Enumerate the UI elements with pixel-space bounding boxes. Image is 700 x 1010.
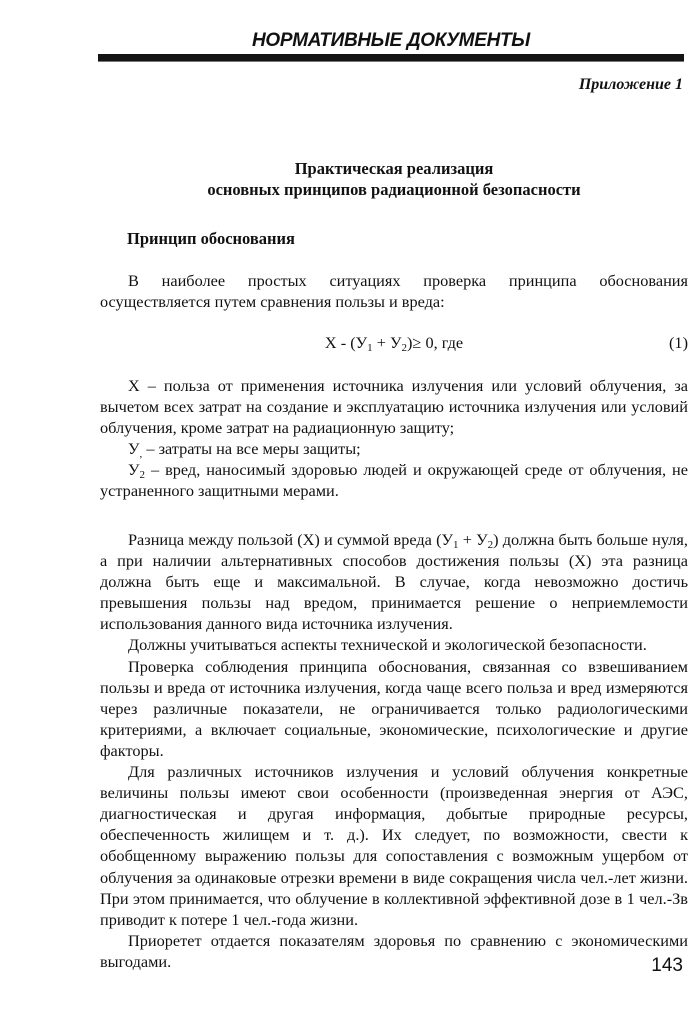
formula-part: )≥ 0, где <box>407 333 463 352</box>
page-number: 143 <box>651 955 683 977</box>
definition-text: – вред, наносимый здоровью людей и окруж… <box>100 460 688 500</box>
symbol: У <box>128 439 140 458</box>
paragraph-difference: Разница между пользой (Х) и суммой вреда… <box>100 529 688 634</box>
definition-y1: У, – затраты на все меры защиты; <box>100 438 688 459</box>
text-part: Разница между пользой (Х) и суммой вреда… <box>128 530 453 549</box>
intro-paragraph: В наиболее простых ситуациях проверка пр… <box>100 270 688 312</box>
paragraph-aspects: Должны учитываться аспекты технической и… <box>100 634 688 655</box>
appendix-label: Приложение 1 <box>579 76 683 94</box>
definition-x: Х – польза от применения источника излуч… <box>100 375 688 438</box>
paragraph-sources: Для различных источников излучения и усл… <box>100 761 688 930</box>
paragraph-verification: Проверка соблюдения принципа обоснования… <box>100 656 688 761</box>
intro-block: В наиболее простых ситуациях проверка пр… <box>100 270 688 312</box>
definition-text: – затраты на все меры защиты; <box>142 439 360 458</box>
formula: Х - (У1 + У2)≥ 0, где <box>100 333 688 353</box>
definition-y2: У2 – вред, наносимый здоровью людей и ок… <box>100 459 688 501</box>
text-part: + У <box>459 530 488 549</box>
main-text-block: Разница между пользой (Х) и суммой вреда… <box>100 529 688 972</box>
definitions-block: Х – польза от применения источника излуч… <box>100 375 688 502</box>
symbol: У <box>128 460 140 479</box>
document-title: Практическая реализация основных принцип… <box>100 158 688 200</box>
formula-row: Х - (У1 + У2)≥ 0, где (1) <box>100 333 688 355</box>
title-line-1: Практическая реализация <box>100 158 688 179</box>
section-heading: Принцип обоснования <box>127 229 295 249</box>
formula-part: + У <box>373 333 402 352</box>
formula-part: Х - (У <box>325 333 367 352</box>
header-rule <box>98 54 684 62</box>
equation-number: (1) <box>669 333 688 353</box>
title-line-2: основных принципов радиационной безопасн… <box>100 179 688 200</box>
paragraph-priority: Приоретет отдается показателям здоровья … <box>100 930 688 972</box>
running-head: НОРМАТИВНЫЕ ДОКУМЕНТЫ <box>98 30 684 52</box>
